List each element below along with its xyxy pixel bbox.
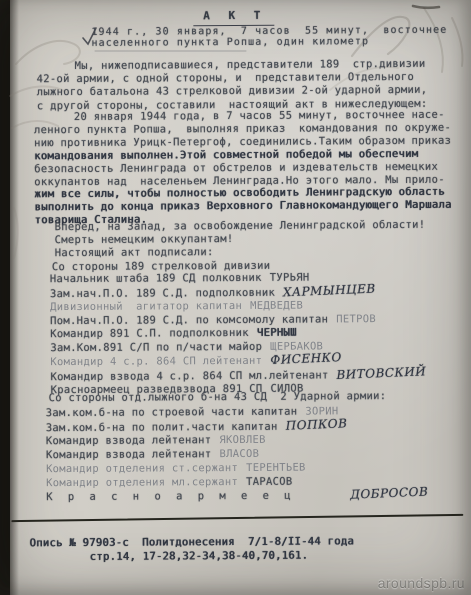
signatory-name: ТАРАСОВ bbox=[246, 475, 292, 487]
signatories-ski-battalion: Зам.ком.б-на по строевой части капитанЗО… bbox=[46, 405, 429, 505]
signatory-role: Зам.Ком.891 С/П по п/части майор bbox=[50, 340, 262, 353]
signatory-name: ПЕТРОВ bbox=[336, 313, 376, 325]
signatory-name: ЧЕРНЫШ bbox=[257, 327, 297, 339]
signatory-role: Зам.ком.б-на по строевой части капитан bbox=[46, 406, 298, 420]
signatory-role: Пом.Нач.П.О. 189 С.Д. по комсомолу капит… bbox=[50, 313, 328, 327]
separator-line bbox=[11, 514, 463, 522]
slogans-block: Вперед, на Запад, за освобождение Ленинг… bbox=[55, 219, 426, 260]
signatory-role: Командир взвода лейтенант bbox=[46, 435, 212, 448]
signatory-role: Дивизионный агитатор капитан bbox=[50, 300, 242, 313]
signatories-header-ski-battalion: Со стороны отд.лыжного б-на 43 СД 2 Удар… bbox=[49, 390, 387, 404]
signatory-role: Командир взвода лейтенант bbox=[46, 448, 212, 461]
signatory-name: ТЕРЕНТЬЕВ bbox=[246, 461, 306, 473]
paragraph-preamble: Мы, нижеподписавшиеся, представители 189… bbox=[37, 58, 428, 113]
signatory-name: МЕДВЕДЕВ bbox=[250, 300, 303, 312]
slogan-line: Настоящий акт подписали: bbox=[55, 245, 426, 260]
signatory-line: Зам.нач.П.О. 189 С.Д. подполковникХАРМЫН… bbox=[50, 284, 426, 301]
signatory-line: К р а с н о а р м е е цДОБРОСОВ bbox=[46, 488, 428, 505]
signatory-role: Командир отделения мл.сержант bbox=[46, 476, 238, 489]
dateline-block: 1944 г., 30 января, 7 часов 55 минут, во… bbox=[91, 25, 447, 49]
archive-note-line: стр.14, 17-28,32-34,38-40,70,161. bbox=[30, 549, 355, 564]
signatory-role: Командир 4 с.р. 864 СП лейтенант bbox=[50, 355, 262, 368]
act-title-block: А К Т bbox=[0, 3, 469, 28]
signatory-role: Командир взвода 4 с.р. 864 СП мл.лейтена… bbox=[50, 369, 328, 383]
signatory-role: К р а с н о а р м е е ц bbox=[46, 490, 295, 504]
paragraph-main: 20 января 1944 года, в 7 часов 55 минут,… bbox=[34, 109, 452, 228]
signatory-name: ФИСЕНКО bbox=[270, 351, 342, 367]
slogan-line: Вперед, на Запад, за освобождение Ленинг… bbox=[55, 219, 426, 234]
act-title: А К Т bbox=[193, 9, 274, 26]
watermark: aroundspb.ru bbox=[378, 575, 465, 591]
signatory-role: Командир 891 С.П. подполковник bbox=[50, 327, 249, 340]
signatory-role: Зам.ком.б-на по полит.части капитан bbox=[46, 420, 278, 433]
signatories-189sd: Начальник штаба 189 СД полковникТУРЬЯН З… bbox=[50, 271, 427, 398]
signatory-line: Командир взвода 4 с.р. 864 СП мл.лейтена… bbox=[50, 367, 426, 384]
archive-note-line: Опись № 97903-с Политдонесения 7/1-8/II-… bbox=[29, 535, 354, 550]
signatory-name: ЗОРИН bbox=[305, 405, 338, 417]
signatory-name: ХАРМЫНЦЕВ bbox=[283, 282, 376, 299]
signatory-role: Зам.нач.П.О. 189 С.Д. подполковник bbox=[50, 286, 275, 299]
document-photo: А К Т 1944 г., 30 января, 7 часов 55 мин… bbox=[0, 0, 471, 595]
signatory-name: ВЛАСОВ bbox=[219, 448, 259, 460]
signatory-name: ПОПКОВ bbox=[285, 417, 347, 433]
typewritten-text-layer: А К Т 1944 г., 30 января, 7 часов 55 мин… bbox=[0, 0, 471, 595]
signatory-role: Командир отделения ст.сержант bbox=[46, 462, 238, 475]
signatory-line: Пом.Нач.П.О. 189 С.Д. по комсомолу капит… bbox=[50, 312, 426, 328]
signatory-role: Начальник штаба 189 СД полковник bbox=[50, 272, 262, 285]
signatory-name: ДОБРОСОВ bbox=[350, 486, 429, 503]
signatory-name: ВИТОВСКИЙ bbox=[336, 365, 426, 382]
archive-note-block: Опись № 97903-с Политдонесения 7/1-8/II-… bbox=[29, 535, 354, 564]
signatory-name: ТУРЬЯН bbox=[270, 272, 310, 284]
signatory-name: ЯКОВЛЕВ bbox=[219, 434, 265, 446]
dateline-line: населенного пункта Ропша, один километр bbox=[91, 36, 447, 49]
